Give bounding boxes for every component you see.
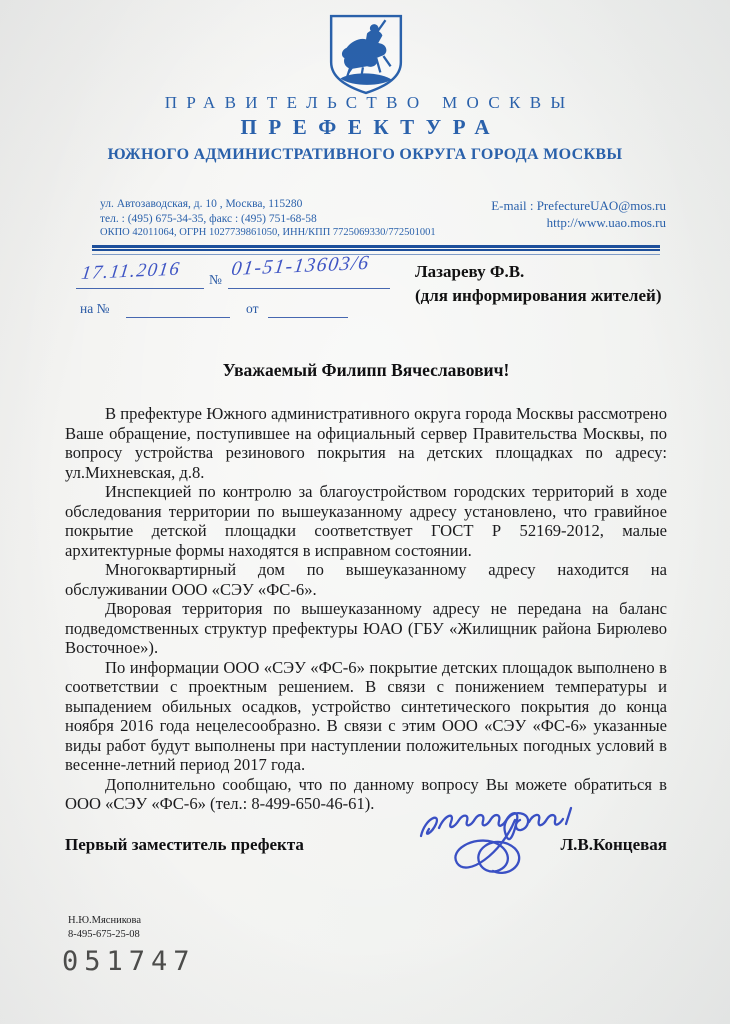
letter-body: В префектуре Южного административного ок… [65, 404, 667, 814]
letterhead-divider [92, 245, 660, 255]
reply-underline [126, 317, 230, 318]
phone-fax: тел. : (495) 675-34-35, факс : (495) 751… [100, 212, 436, 227]
executor-block: Н.Ю.Мясникова 8-495-675-25-08 [68, 914, 141, 941]
salutation: Уважаемый Филипп Вячеславович! [65, 360, 667, 381]
scanned-letter-page: ПРАВИТЕЛЬСТВО МОСКВЫ ПРЕФЕКТУРА ЮЖНОГО А… [0, 0, 730, 1024]
paragraph: Многоквартирный дом по вышеуказанному ад… [65, 560, 667, 599]
postal-address: ул. Автозаводская, д. 10 , Москва, 11528… [100, 197, 436, 212]
executor-name: Н.Ю.Мясникова [68, 914, 141, 928]
handwritten-signature [415, 790, 595, 878]
recipient-name: Лазареву Ф.В. [415, 260, 661, 284]
from-label: от [246, 301, 258, 317]
number-underline [228, 288, 390, 289]
recipient-note: (для информирования жителей) [415, 284, 661, 308]
handwritten-date: 17.11.2016 [80, 259, 182, 285]
paragraph: Инспекцией по контролю за благоустройств… [65, 482, 667, 560]
signer-position: Первый заместитель префекта [65, 835, 304, 855]
prefecture-title: ПРЕФЕКТУРА [0, 115, 730, 140]
moscow-coat-of-arms-icon [328, 13, 404, 95]
email: E-mail : PrefectureUAO@mos.ru [491, 197, 666, 214]
executor-phone: 8-495-675-25-08 [68, 928, 141, 942]
reply-to-label: на № [80, 301, 109, 317]
registration-stamp-number: 051747 [62, 946, 196, 977]
recipient-block: Лазареву Ф.В. (для информирования жителе… [415, 260, 661, 308]
registration-codes: ОКПО 42011064, ОГРН 1027739861050, ИНН/К… [100, 226, 436, 241]
signoff-row: Первый заместитель префекта Л.В.Концевая [65, 835, 667, 855]
contact-block: ул. Автозаводская, д. 10 , Москва, 11528… [100, 197, 666, 241]
website: http://www.uao.mos.ru [491, 214, 666, 231]
government-title: ПРАВИТЕЛЬСТВО МОСКВЫ [0, 93, 730, 113]
paragraph: Дворовая территория по вышеуказанному ад… [65, 599, 667, 658]
handwritten-outgoing-number: 01-51-13603/6 [230, 252, 371, 281]
signer-name: Л.В.Концевая [561, 835, 668, 855]
date-underline [76, 288, 204, 289]
number-sign-label: № [209, 272, 222, 288]
paragraph: По информации ООО «СЭУ «ФС-6» покрытие д… [65, 658, 667, 775]
district-title: ЮЖНОГО АДМИНИСТРАТИВНОГО ОКРУГА ГОРОДА М… [0, 146, 730, 164]
from-underline [268, 317, 348, 318]
paragraph: В префектуре Южного административного ок… [65, 404, 667, 482]
